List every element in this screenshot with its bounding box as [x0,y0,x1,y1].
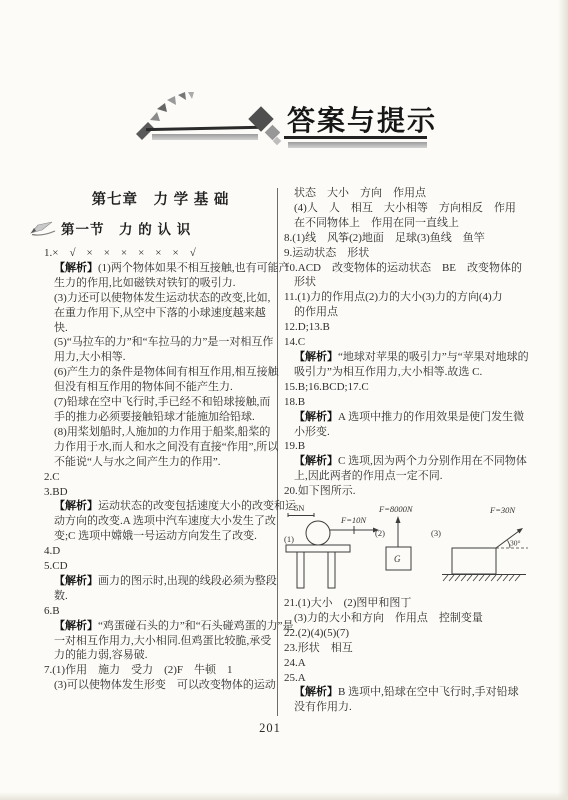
text-line: 25.A [284,671,532,686]
scanned-book-page: { "header": { "title": "答案与提示" }, "left_… [0,0,568,800]
scan-edge-right [558,0,568,800]
force1-label: F=10N [340,515,367,525]
answer-lines: 状态 大小 方向 作用点(4)人 人 相互 大小相等 方向相反 作用在不同物体上… [284,186,532,499]
text-line: 11.(1)力的作用点(2)力的大小(3)力的方向(4)力 [284,290,532,305]
text-line: 的作用点 [284,305,532,320]
weight-label: G [394,554,401,564]
text-line: (7)铅球在空中飞行时,手已经不和铅球接触,而 [44,395,277,410]
text-line: 19.B [284,439,532,454]
text-line: 【解析】“地球对苹果的吸引力”与“苹果对地球的 [284,350,532,365]
text-line: 22.(2)(4)(5)(7) [284,626,532,641]
text-line: 【解析】“鸡蛋碰石头的力”和“石头碰鸡蛋的力”是 [44,619,277,634]
text-line: 【解析】B 选项中,铅球在空中飞行时,手对铅球 [284,685,532,700]
text-line: 小形变. [284,425,532,440]
text-line: 21.(1)大小 (2)图甲和图丁 [284,596,532,611]
angle-label: 30° [510,539,521,548]
scan-edge-bottom [0,792,568,800]
text-line: 数. [44,589,277,604]
text-line: (6)产生力的条件是物体间有相互作用,相互接触 [44,365,277,380]
text-line: 1.× √ × × × × × × √ [44,246,277,261]
text-line: 在重力作用下,从空中下落的小球速度越来越 [44,306,277,321]
header-rule-right [284,136,427,139]
part1-label: (1) [284,534,294,544]
force3-label: F=30N [489,505,516,515]
text-line: 用力,大小相等. [44,350,277,365]
page-background: 答案与提示 第七章 力 学 基 础 第一节 力 的 认 识 1.× √ × × … [0,0,568,800]
text-line: (3)可以使物体发生形变 可以改变物体的运动 [44,678,277,693]
answer-lines: 1.× √ × × × × × × √【解析】(1)两个物体如果不相互接触,也有… [44,246,277,693]
text-line: 【解析】C 选项,因为两个力分别作用在不同物体 [284,454,532,469]
text-line: 动方向的改变.A 选项中汽车速度大小发生了改 [44,514,277,529]
text-line: (3)力还可以使物体发生运动状态的改变,比如, [44,291,277,306]
text-line: 14.C [284,335,532,350]
text-line: 24.A [284,656,532,671]
text-line: 但没有相互作用的物体间不能产生力. [44,380,277,395]
text-line: 18.B [284,395,532,410]
text-line: 不能说“人与水之间产生力的作用”. [44,455,277,470]
text-line: 23.形状 相互 [284,641,532,656]
answer-lines: 21.(1)大小 (2)图甲和图丁(3)力的大小和方向 作用点 控制变量22.(… [284,596,532,715]
part3-label: (3) [431,528,441,538]
section-header: 第一节 力 的 认 识 [30,218,277,238]
section-title: 第一节 力 的 认 识 [61,218,191,238]
page-title: 答案与提示 [287,99,437,139]
diagram-block-incline-pull [442,528,528,581]
text-line: 6.B [44,604,277,619]
text-line: 8.(1)线 风筝(2)地面 足球(3)鱼线 鱼竿 [284,231,532,246]
text-line: 2.C [44,470,277,485]
force2-label: F=8000N [378,504,414,514]
question-20-figure: 5N (1) F=10N F=8000N (2) G [284,502,532,594]
header-shadow-bar-right [288,142,427,148]
text-line: 【解析】(1)两个物体如果不相互接触,也有可能产 [44,261,277,276]
text-line: 5.CD [44,559,277,574]
text-line: 没有作用力. [284,700,532,715]
text-line: (8)用桨划船时,人施加的力作用于船桨,船桨的 [44,425,277,440]
text-line: (3)力的大小和方向 作用点 控制变量 [284,611,532,626]
text-line: 手的推力必须要接触铅球才能施加给铅球. [44,410,277,425]
page-number: 201 [225,721,315,736]
text-line: 变;C 选项中嫦娥一号运动方向发生了改变. [44,529,277,544]
right-column: 状态 大小 方向 作用点(4)人 人 相互 大小相等 方向相反 作用在不同物体上… [284,186,532,715]
scale-label: 5N [294,503,304,513]
text-line: 9.运动状态 形状 [284,246,532,261]
text-line: (4)人 人 相互 大小相等 方向相反 作用 [284,201,532,216]
text-line: 上,因此两者的作用点一定不同. [284,469,532,484]
text-line: 10.ACD 改变物体的运动状态 BE 改变物体的 [284,261,532,276]
text-line: 【解析】A 选项中推力的作用效果是使门发生微 [284,410,532,425]
text-line: 15.B;16.BCD;17.C [284,380,532,395]
text-line: 吸引力”为相互作用力,大小相等.故选 C. [284,365,532,380]
text-line: 快. [44,321,277,336]
pencil-icon [30,221,56,236]
text-line: 力的能力弱,容易破. [44,648,277,663]
text-line: 【解析】画力的图示时,出现的线段必须为整段 [44,574,277,589]
text-line: 力作用于水,而人和水之间没有直接“作用”,所以 [44,440,277,455]
text-line: 12.D;13.B [284,320,532,335]
text-line: 7.(1)作用 施力 受力 (2)F 牛顿 1 [44,663,277,678]
text-line: 生力的作用,比如磁铁对铁钉的吸引力. [44,276,277,291]
text-line: 形状 [284,275,532,290]
text-line: 状态 大小 方向 作用点 [284,186,532,201]
text-line: 4.D [44,544,277,559]
text-line: 20.如下图所示. [284,484,532,499]
chapter-title: 第七章 力 学 基 础 [44,188,277,209]
part2-label: (2) [375,528,385,538]
text-line: (5)“马拉车的力”和“车拉马的力”是一对相互作 [44,335,277,350]
text-line: 一对相互作用力,大小相同.但鸡蛋比较脆,承受 [44,634,277,649]
text-line: 3.BD [44,485,277,500]
left-column: 第七章 力 学 基 础 第一节 力 的 认 识 1.× √ × × × × × … [44,188,277,693]
text-line: 【解析】运动状态的改变包括速度大小的改变和运 [44,499,277,514]
text-line: 在不同物体上 作用在同一直线上 [284,216,532,231]
header-shadow-bar-left [152,134,258,140]
